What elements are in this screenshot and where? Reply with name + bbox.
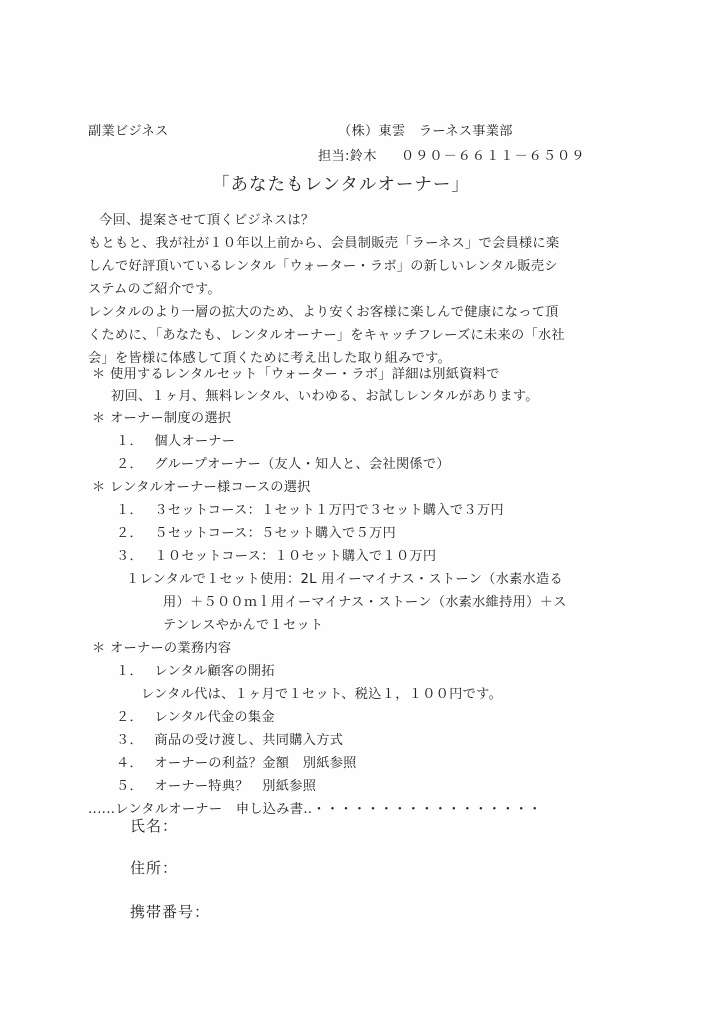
section-heading: ＊ レンタルオーナー様コースの選択 — [92, 480, 311, 496]
phone-field-label: 携帯番号： — [130, 904, 210, 920]
section-line: ３． 商品の受け渡し、共同購入方式 — [116, 733, 343, 749]
intro-line: 会」を皆様に体感して頂くために考え出した取り組みです。 — [88, 351, 451, 367]
section-line: ５． オーナー特典？ 別紙参照 — [116, 779, 316, 795]
section-line: 用）＋５００ｍｌ用イーマイナス・ストーン（水素水維持用）＋ス — [163, 595, 567, 611]
section-line: ２． グループオーナー（友人・知人と、会社関係で） — [116, 457, 450, 473]
intro-line: ステムのご紹介です。 — [88, 282, 221, 298]
section-line: ２． ５セットコース：５セット購入で５万円 — [116, 526, 396, 542]
name-field-label: 氏名： — [130, 818, 178, 834]
intro-line: しんで好評頂いているレンタル「ウォーター・ラボ」の新しいレンタル販売シ — [88, 259, 558, 275]
section-heading: ＊ 使用するレンタルセット「ウォーター・ラボ」詳細は別紙資料で — [92, 367, 500, 383]
category-label: 副業ビジネス — [88, 124, 169, 140]
section-line: レンタル代は、１ヶ月で１セット、税込１，１００円です。 — [141, 687, 502, 703]
section-line: １． ３セットコース：１セット１万円で３セット購入で３万円 — [116, 503, 504, 519]
section-line: １レンタルで１セット使用：2L 用イーマイナス・ストーン（水素水造る — [126, 572, 563, 588]
section-heading: ＊ オーナー制度の選択 — [92, 411, 231, 427]
section-line: １． レンタル顧客の開拓 — [116, 664, 275, 680]
section-heading: ＊ オーナーの業務内容 — [92, 641, 231, 657]
intro-line: もともと、我が社が１０年以上前から、会員制販売「ラーネス」で会員様に楽 — [88, 236, 559, 252]
section-line: テンレスやかんで１セット — [163, 618, 323, 634]
intro-line: くために、「あなたも、レンタルオーナー」をキャッチフレーズに未来の「水社 — [88, 328, 565, 344]
application-divider: ‥‥‥レンタルオーナー 申し込み書‥・・・・・・・・・・・・・・・・・ — [88, 802, 542, 818]
company-name: （株）東雲 ラーネス事業部 — [338, 124, 513, 140]
section-line: １． 個人オーナー — [116, 434, 235, 450]
section-line: ４． オーナーの利益？金額 別紙参照 — [116, 756, 357, 772]
section-line: 初回、１ヶ月、無料レンタル、いわゆる、お試しレンタルがあります。 — [111, 389, 539, 405]
section-line: ２． レンタル代金の集金 — [116, 710, 275, 726]
intro-line: 今回、提案させて頂くビジネスは？ — [99, 213, 314, 229]
section-line: ３． １０セットコース：１０セット購入で１０万円 — [116, 549, 436, 565]
document-title: 「あなたもレンタルオーナー」 — [212, 177, 470, 193]
phone-number: ０９０－６６１１－６５０９ — [401, 149, 585, 165]
intro-line: レンタルのより一層の拡大のため、より安くお客様に楽しんで健康になって頂 — [88, 305, 559, 321]
address-field-label: 住所： — [130, 860, 178, 876]
contact-label: 担当:鈴木 — [318, 149, 377, 165]
